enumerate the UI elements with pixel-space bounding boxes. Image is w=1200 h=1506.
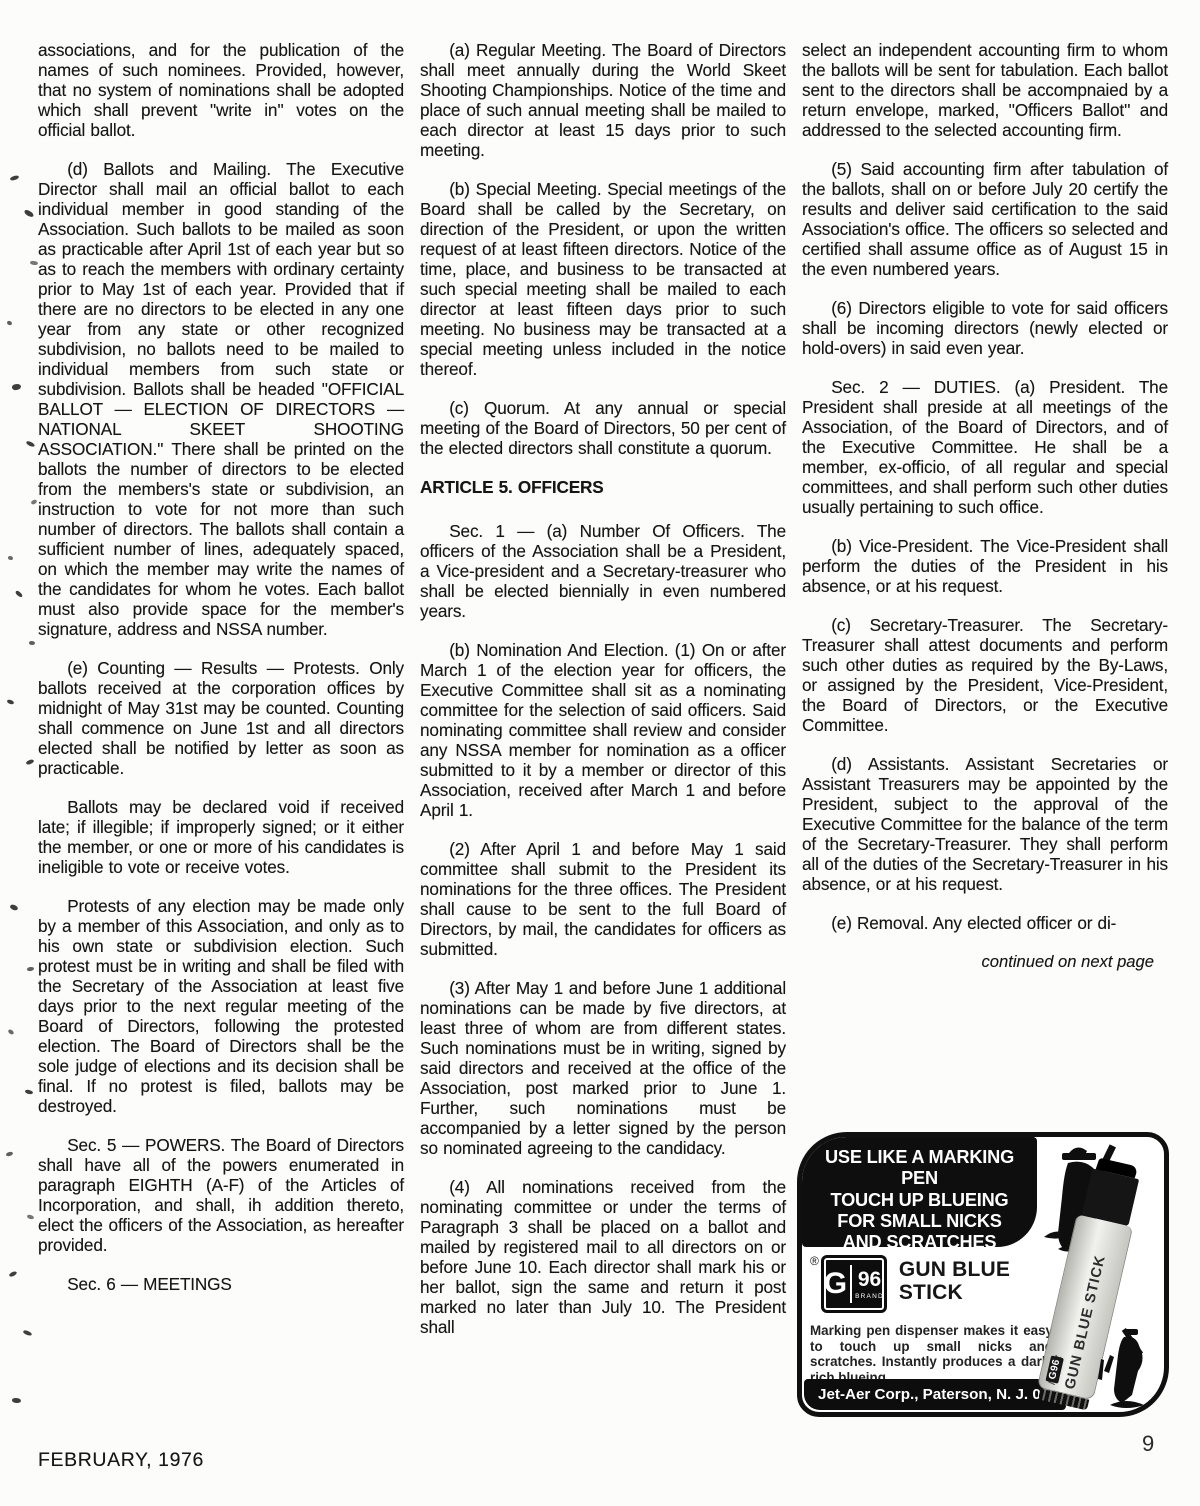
paragraph-secretary-treasurer: (c) Secretary-Treasurer. The Secretary-T… [802,615,1168,735]
column-1: associations, and for the publication of… [38,40,404,1356]
paragraph-nomination-2: (2) After April 1 and before May 1 said … [420,839,786,959]
paragraph-quorum: (c) Quorum. At any annual or special mee… [420,398,786,458]
column-2: (a) Regular Meeting. The Board of Direct… [420,40,786,1356]
ad-headline-line: FOR SMALL NICKS [802,1211,1037,1232]
paragraph-sec1-number-of-officers: Sec. 1 — (a) Number Of Officers. The off… [420,521,786,621]
paragraph-accounting-firm-continuation: select an independent accounting firm to… [802,40,1168,140]
paragraph-protests: Protests of any election may be made onl… [38,896,404,1116]
paragraph-sec5-powers: Sec. 5 — POWERS. The Board of Directors … [38,1135,404,1255]
ad-product-name-line1: GUN BLUE [899,1258,1010,1281]
ad-headline-line: PEN [802,1168,1037,1189]
paragraph-assistants: (d) Assistants. Assistant Secretaries or… [802,754,1168,894]
paragraph-nomination-and-election: (b) Nomination And Election. (1) On or a… [420,640,786,820]
magazine-page: associations, and for the publication of… [0,0,1200,1506]
paragraph-vice-president: (b) Vice-President. The Vice-President s… [802,536,1168,596]
paragraph-counting-results-protests: (e) Counting — Results — Protests. Only … [38,658,404,778]
paragraph-nomination-6: (6) Directors eligible to vote for said … [802,298,1168,358]
paragraph-sec6-meetings: Sec. 6 — MEETINGS [38,1274,404,1294]
ad-headline-line: TOUCH UP BLUEING [802,1190,1037,1211]
duck-hunter-illustration [1090,1319,1164,1411]
ad-headline-line: USE LIKE A MARKING [802,1147,1037,1168]
paragraph-regular-meeting: (a) Regular Meeting. The Board of Direct… [420,40,786,160]
continued-on-next-page-note: continued on next page [802,952,1168,972]
paragraph-nomination-4: (4) All nominations received from the no… [420,1177,786,1337]
paragraph-sec2-duties-president: Sec. 2 — DUTIES. (a) President. The Pres… [802,377,1168,517]
ad-product-name-line2: STICK [899,1281,1010,1304]
paragraph-nomination-5: (5) Said accounting firm after tabulatio… [802,159,1168,279]
gun-blue-stick-ad: USE LIKE A MARKING PEN TOUCH UP BLUEING … [797,1132,1169,1417]
heading-article-5-officers: ARTICLE 5. OFFICERS [420,477,786,497]
issue-date: FEBRUARY, 1976 [38,1449,204,1472]
paragraph-special-meeting: (b) Special Meeting. Special meetings of… [420,179,786,379]
registered-trademark-icon: ® [810,1255,819,1267]
paragraph-removal: (e) Removal. Any elected officer or di- [802,913,1168,933]
page-number: 9 [1142,1431,1154,1457]
ad-product-name: GUN BLUE STICK [899,1258,1010,1304]
ad-company-address-bar: Jet-Aer Corp., Paterson, N. J. 07524 [804,1379,1066,1410]
g96-logo-divider [850,1265,852,1303]
stick-g96-mark: G96 [1045,1355,1064,1384]
ad-headline-line: AND SCRATCHES [802,1232,1037,1253]
ad-headline: USE LIKE A MARKING PEN TOUCH UP BLUEING … [802,1137,1037,1247]
ad-body-copy: Marking pen dispenser makes it easy to t… [810,1323,1053,1385]
paragraph-ballots-void: Ballots may be declared void if received… [38,797,404,877]
g96-brand-logo: G 96 BRAND [821,1255,887,1313]
paragraph-nominations-continuation: associations, and for the publication of… [38,40,404,140]
g96-logo-letter: G [824,1269,847,1299]
paragraph-nomination-3: (3) After May 1 and before June 1 additi… [420,978,786,1158]
g96-logo-brand-word: BRAND [855,1293,884,1300]
paragraph-ballots-and-mailing: (d) Ballots and Mailing. The Executive D… [38,159,404,639]
ad-brand-row: ® G 96 BRAND GUN BLUE STICK [810,1255,1010,1313]
g96-logo-number: 96 [858,1269,881,1290]
